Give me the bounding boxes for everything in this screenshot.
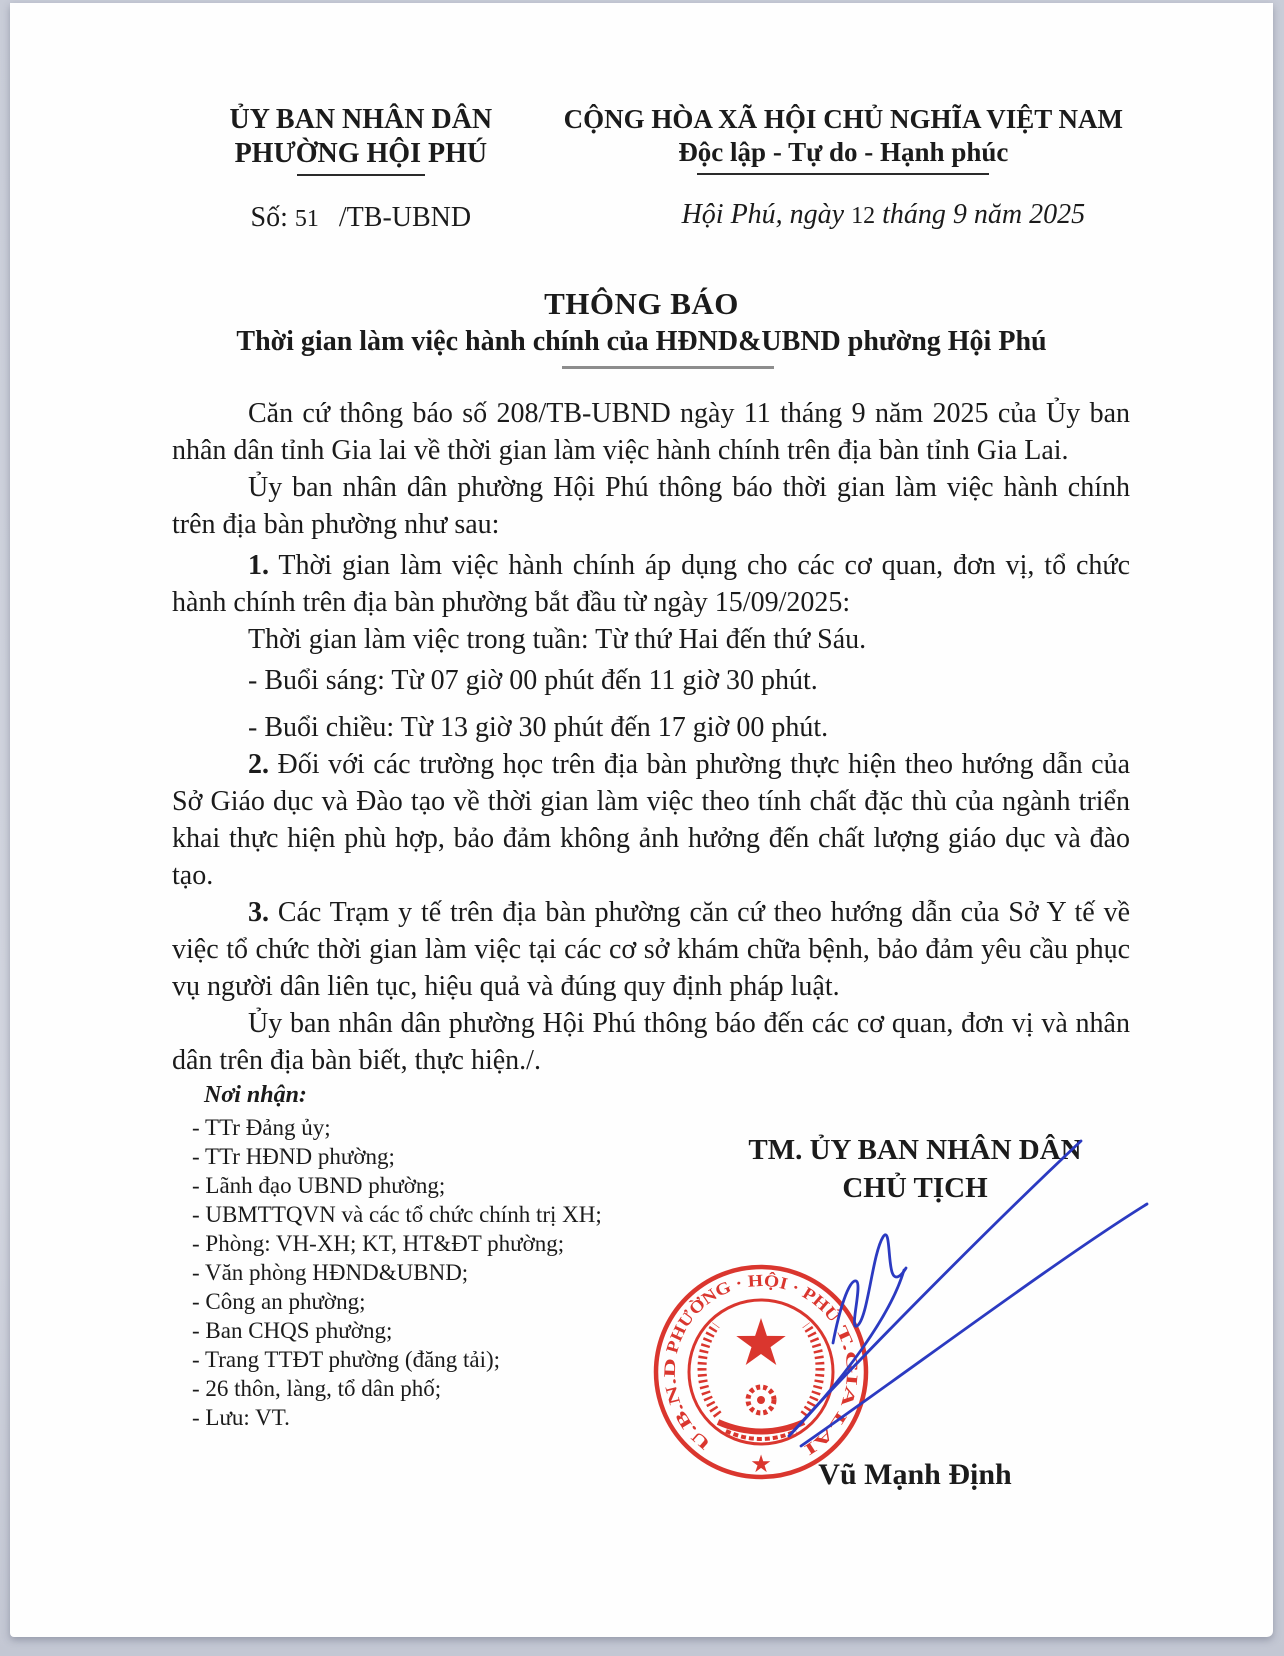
title-line1: THÔNG BÁO: [10, 286, 1273, 322]
org-name-line1: ỦY BAN NHÂN DÂN: [158, 103, 564, 137]
underline-rule: [297, 174, 425, 176]
title-line2: Thời gian làm việc hành chính của HĐND&U…: [10, 325, 1273, 359]
national-line1: CỘNG HÒA XÃ HỘI CHỦ NGHĨA VIỆT NAM: [564, 103, 1123, 136]
document-body: Căn cứ thông báo số 208/TB-UBND ngày 11 …: [172, 395, 1130, 1079]
dateline-day: 12: [851, 203, 875, 229]
seal-arc-right-text: T.GIA LAI: [801, 1323, 861, 1458]
paragraph-text: Căn cứ thông báo số 208/TB-UBND ngày 11 …: [172, 398, 1130, 466]
paragraph: Ủy ban nhân dân phường Hội Phú thông báo…: [172, 469, 1130, 543]
recipient-item: - Công an phường;: [192, 1287, 602, 1316]
dateline-post: tháng 9 năm 2025: [882, 199, 1085, 230]
paragraph-number: 3.: [248, 897, 269, 928]
svg-text:PHƯỜNG · HỘI · PHÚ: PHƯỜNG · HỘI · PHÚ: [662, 1271, 843, 1355]
paragraph: 1. Thời gian làm việc hành chính áp dụng…: [172, 547, 1130, 621]
paragraph-text: - Buổi chiều: Từ 13 giờ 30 phút đến 17 g…: [248, 712, 828, 743]
paragraph: Ủy ban nhân dân phường Hội Phú thông báo…: [172, 1005, 1130, 1079]
paragraph-text: - Buổi sáng: Từ 07 giờ 00 phút đến 11 gi…: [248, 665, 818, 696]
signoff-line1: TM. ỦY BAN NHÂN DÂN: [640, 1131, 1190, 1169]
issuing-org-block: ỦY BAN NHÂN DÂN PHƯỜNG HỘI PHÚ Số: 51/TB…: [158, 103, 564, 234]
paragraph-text: Ủy ban nhân dân phường Hội Phú thông báo…: [172, 1008, 1130, 1076]
recipients-label: Nơi nhận:: [204, 1081, 602, 1110]
seal-arc-top-text: PHƯỜNG · HỘI · PHÚ: [662, 1271, 843, 1355]
doc-no-label: Số:: [251, 202, 288, 233]
signoff-line2: CHỦ TỊCH: [640, 1169, 1190, 1207]
paragraph: Thời gian làm việc trong tuần: Từ thứ Ha…: [172, 621, 1130, 658]
svg-text:U.B.N.D: U.B.N.D: [662, 1358, 714, 1453]
signer-name: Vũ Mạnh Định: [640, 1458, 1190, 1492]
recipient-item: - Ban CHQS phường;: [192, 1316, 602, 1345]
document-number: Số: 51/TB-UBND: [158, 202, 564, 234]
document-page: ỦY BAN NHÂN DÂN PHƯỜNG HỘI PHÚ Số: 51/TB…: [10, 3, 1273, 1637]
seal-arc-left-text: U.B.N.D: [662, 1358, 714, 1453]
paragraph: - Buổi chiều: Từ 13 giờ 30 phút đến 17 g…: [172, 709, 1130, 746]
national-motto-block: CỘNG HÒA XÃ HỘI CHỦ NGHĨA VIỆT NAM Độc l…: [564, 103, 1123, 234]
recipient-item: - Trang TTĐT phường (đăng tải);: [192, 1345, 602, 1374]
scanned-document-photo: { "document": { "org": { "line1": "ỦY BA…: [0, 0, 1284, 1656]
recipient-item: - UBMTTQVN và các tổ chức chính trị XH;: [192, 1200, 602, 1229]
doc-no-suffix: /TB-UBND: [339, 202, 471, 233]
recipient-item: - Lưu: VT.: [192, 1403, 602, 1432]
doc-no-value: 51: [295, 206, 319, 232]
seal-national-emblem: [702, 1318, 820, 1439]
paragraph-text: Thời gian làm việc trong tuần: Từ thứ Ha…: [248, 624, 866, 655]
recipient-item: - TTr HĐND phường;: [192, 1142, 602, 1171]
recipient-item: - Phòng: VH-XH; KT, HT&ĐT phường;: [192, 1229, 602, 1258]
svg-text:T.GIA LAI: T.GIA LAI: [801, 1323, 861, 1458]
dateline-pre: Hội Phú, ngày: [682, 199, 845, 230]
paragraph: 2. Đối với các trường học trên địa bàn p…: [172, 746, 1130, 894]
recipient-item: - 26 thôn, làng, tổ dân phố;: [192, 1374, 602, 1403]
title-separator-rule: [562, 366, 774, 369]
recipient-item: - Văn phòng HĐND&UBND;: [192, 1258, 602, 1287]
paragraph: - Buổi sáng: Từ 07 giờ 00 phút đến 11 gi…: [172, 662, 1130, 699]
paragraph: Căn cứ thông báo số 208/TB-UBND ngày 11 …: [172, 395, 1130, 469]
place-date-line: Hội Phú, ngày 12 tháng 9 năm 2025: [604, 199, 1163, 231]
red-seal-stamp: PHƯỜNG · HỘI · PHÚ U.B.N.D T.GIA LAI ★: [656, 1267, 866, 1477]
document-header: ỦY BAN NHÂN DÂN PHƯỜNG HỘI PHÚ Số: 51/TB…: [158, 103, 1123, 234]
paragraph-text: Ủy ban nhân dân phường Hội Phú thông báo…: [172, 472, 1130, 540]
national-line2: Độc lập - Tự do - Hạnh phúc: [564, 136, 1123, 169]
document-title: THÔNG BÁO Thời gian làm việc hành chính …: [10, 286, 1273, 369]
paragraph-number: 2.: [248, 749, 269, 780]
underline-rule: [697, 173, 989, 175]
paragraph: 3. Các Trạm y tế trên địa bàn phường căn…: [172, 894, 1130, 1005]
recipient-item: - TTr Đảng ủy;: [192, 1113, 602, 1142]
paragraph-number: 1.: [248, 550, 269, 581]
org-name-line2: PHƯỜNG HỘI PHÚ: [158, 137, 564, 171]
paragraph-text: Thời gian làm việc hành chính áp dụng ch…: [172, 550, 1130, 618]
recipients-block: Nơi nhận: - TTr Đảng ủy; - TTr HĐND phườ…: [192, 1081, 602, 1432]
paragraph-text: Đối với các trường học trên địa bàn phườ…: [172, 749, 1130, 891]
paragraph-text: Các Trạm y tế trên địa bàn phường căn cứ…: [172, 897, 1130, 1002]
recipient-item: - Lãnh đạo UBND phường;: [192, 1171, 602, 1200]
signoff-block: TM. ỦY BAN NHÂN DÂN CHỦ TỊCH: [640, 1131, 1190, 1207]
